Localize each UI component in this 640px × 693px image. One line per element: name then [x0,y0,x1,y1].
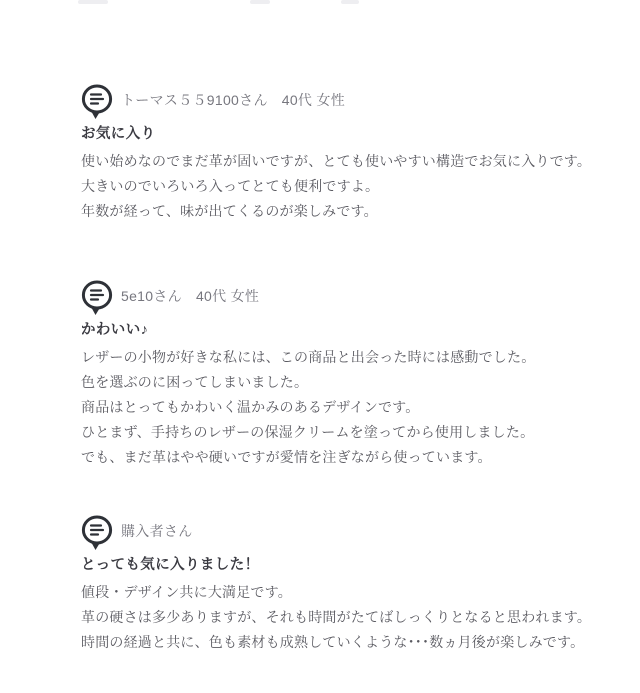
reviewer-name: 5e10さん [121,286,182,306]
speech-bubble-review-icon [80,84,114,120]
speech-bubble-review-icon [80,280,114,316]
review-text-line: 年数が経って、味が出てくるのが楽しみです。 [81,199,590,224]
clipped-text-fragment [250,0,270,4]
reviewer-meta: 40代 女性 [196,286,259,306]
review-text-line: レザーの小物が好きな私には、この商品と出会った時には感動でした。 [81,345,590,370]
review-text-line: 色を選ぶのに困ってしまいました。 [81,370,590,395]
review-text-line: ひとまず、手持ちのレザーの保湿クリームを塗ってから使用しました。 [81,420,590,445]
clipped-text-fragment [341,0,359,4]
review-item: 購入者さん とっても気に入りました！ 値段・デザイン共に大満足です。 革の硬さは… [81,515,590,655]
review-header: 5e10さん 40代 女性 [80,280,590,316]
review-text-line: でも、まだ革はやや硬いですが愛情を注ぎながら使っています。 [81,445,590,470]
review-text-line: 大きいのでいろいろ入ってとても便利ですよ。 [81,174,590,199]
review-title: お気に入り [81,124,590,144]
review-item: 5e10さん 40代 女性 かわいい♪ レザーの小物が好きな私には、この商品と出… [81,280,590,470]
review-item: トーマス５５9100さん 40代 女性 お気に入り 使い始めなのでまだ革が固いで… [81,84,590,224]
clipped-text-remnants [0,0,640,6]
review-title: とっても気に入りました！ [81,555,590,575]
review-body: 使い始めなのでまだ革が固いですが、とても使いやすい構造でお気に入りです。 大きい… [81,149,590,224]
speech-bubble-review-icon [80,515,114,551]
reviewer-meta: 40代 女性 [282,90,345,110]
review-body: レザーの小物が好きな私には、この商品と出会った時には感動でした。 色を選ぶのに困… [81,345,590,470]
review-header: 購入者さん [80,515,590,551]
review-body: 値段・デザイン共に大満足です。 革の硬さは多少ありますが、それも時間がたてばしっ… [81,580,590,655]
review-text-line: 革の硬さは多少ありますが、それも時間がたてばしっくりとなると思われます。 [81,605,590,630]
clipped-text-fragment [78,0,108,4]
review-text-line: 使い始めなのでまだ革が固いですが、とても使いやすい構造でお気に入りです。 [81,149,590,174]
reviewer-name: トーマス５５9100さん [121,90,268,110]
review-list: トーマス５５9100さん 40代 女性 お気に入り 使い始めなのでまだ革が固いで… [0,0,640,655]
review-text-line: 値段・デザイン共に大満足です。 [81,580,590,605]
review-text-line: 商品はとってもかわいく温かみのあるデザインです。 [81,395,590,420]
review-text-line: 時間の経過と共に、色も素材も成熟していくような･･･数ヵ月後が楽しみです。 [81,630,590,655]
reviewer-name: 購入者さん [121,521,193,541]
review-header: トーマス５５9100さん 40代 女性 [80,84,590,120]
review-title: かわいい♪ [81,320,590,340]
